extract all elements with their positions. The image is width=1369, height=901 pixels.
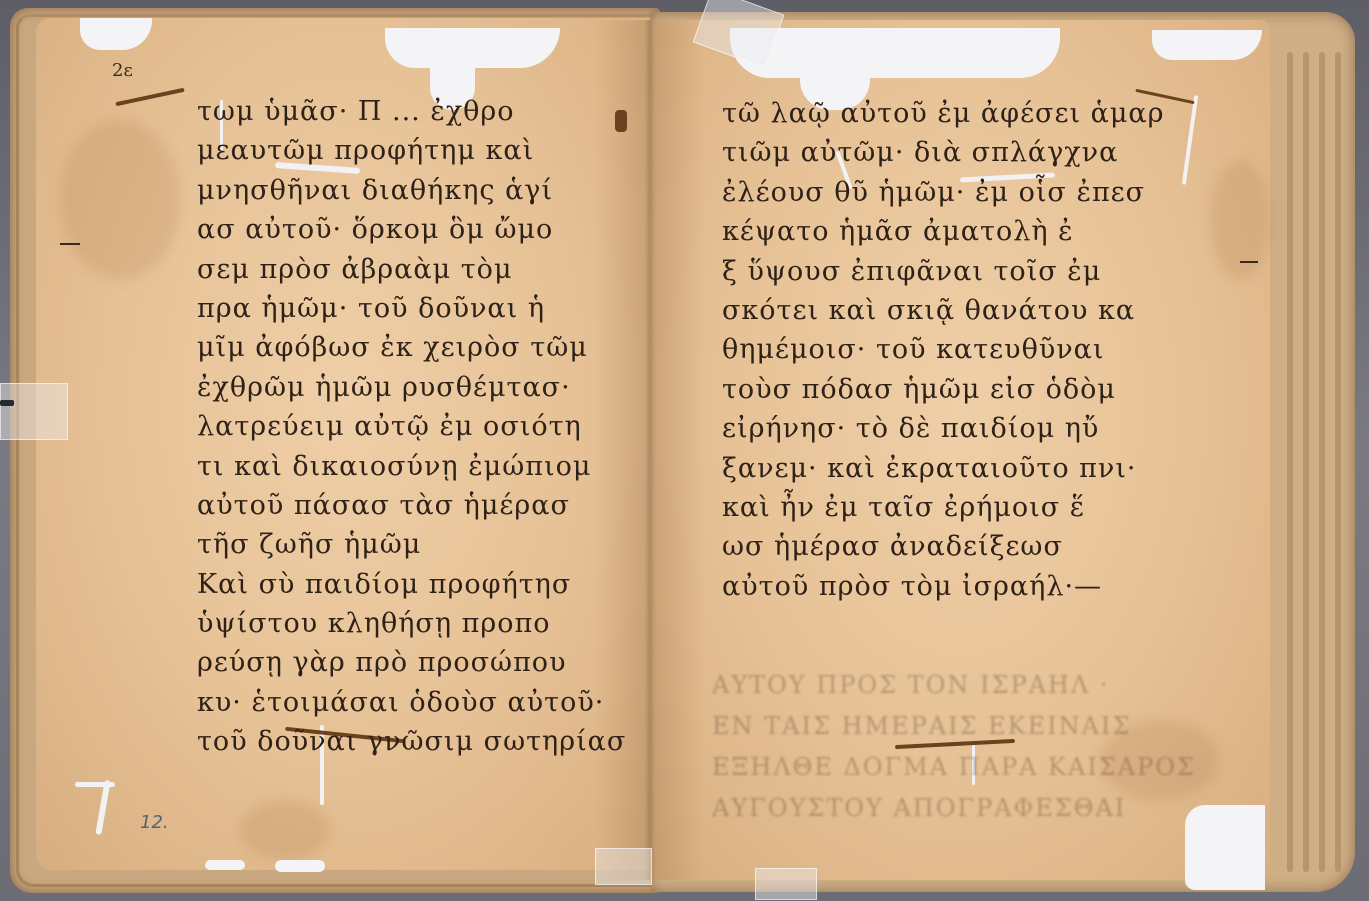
text-line: κέψατο ἡμᾶσ ἀματολὴ ἐ (722, 212, 1165, 251)
text-line: τωμ ὑμᾶσ· Π ... ἐχθρο (197, 92, 626, 131)
page-edge (1335, 52, 1341, 872)
right-page-text: τῶ λαῷ αὐτοῦ ἐμ ἀφέσει ἁμαρ τιῶμ αὐτῶμ· … (722, 94, 1165, 606)
text-line: ὑψίστου κληθήσῃ προπο (197, 604, 626, 643)
crack (75, 782, 115, 787)
text-line: ρεύσῃ γὰρ πρὸ προσώπου (197, 643, 626, 682)
show-through-text: ΑΥΤΟΥ ΠΡΟΣ ΤΟΝ ΙΣΡΑΗΛ · ΕΝ ΤΑΙΣ ΗΜΕΡΑΙΣ … (712, 665, 1196, 829)
text-line: μεαυτῶμ προφήτημ καὶ (197, 131, 626, 170)
text-line: καὶ ἦν ἐμ ταῖσ ἐρήμοισ ἕ (722, 488, 1165, 527)
text-line: τῆσ ζωῆσ ἡμῶμ (197, 525, 626, 564)
text-line: μνησθῆναι διαθήκης ἁγί (197, 171, 626, 210)
text-line: ωσ ἡμέρασ ἀναδείξεωσ (722, 527, 1165, 566)
repair-hole (205, 860, 245, 870)
page-edge (1319, 52, 1325, 872)
repair-hole (1185, 805, 1265, 890)
text-line: λατρεύειμ αὐτῷ ἐμ οσιότη (197, 407, 626, 446)
stain (60, 120, 180, 280)
text-line: Καὶ σὺ παιδίομ προφήτησ (197, 565, 626, 604)
text-line: τῶ λαῷ αὐτοῦ ἐμ ἀφέσει ἁμαρ (722, 94, 1165, 133)
text-line: μῖμ ἀφόβωσ ἐκ χειρὸσ τῶμ (197, 328, 626, 367)
page-edge (1303, 52, 1309, 872)
repair-hole (275, 860, 325, 872)
conservation-tape (755, 868, 817, 900)
text-line: εἰρήνησ· τὸ δὲ παιδίομ ηὔ (722, 409, 1165, 448)
text-line: κυ· ἑτοιμάσαι ὁδοὺσ αὐτοῦ· (197, 683, 626, 722)
stain (240, 800, 330, 860)
text-line: αὐτοῦ πάσασ τὰσ ἡμέρασ (197, 486, 626, 525)
text-line: ξ ὕψουσ ἐπιφᾶναι τοῖσ ἐμ (722, 252, 1165, 291)
text-line: σκότει καὶ σκιᾷ θανάτου κα (722, 291, 1165, 330)
clip (0, 400, 14, 406)
text-line: τιῶμ αὐτῶμ· διὰ σπλάγχνα (722, 133, 1165, 172)
margin-mark (60, 243, 80, 245)
text-line: τι καὶ δικαιοσύνῃ ἐμώπιομ (197, 447, 626, 486)
conservation-tape (595, 848, 652, 885)
left-page-text: τωμ ὑμᾶσ· Π ... ἐχθρο μεαυτῶμ προφήτημ κ… (197, 92, 626, 762)
text-line: πρα ἡμῶμ· τοῦ δοῦναι ἡ (197, 289, 626, 328)
text-line: θημέμοισ· τοῦ κατευθῦναι (722, 330, 1165, 369)
folio-number: 2ε (112, 60, 133, 81)
text-line: τοὺσ πόδασ ἡμῶμ εἰσ ὁδὸμ (722, 370, 1165, 409)
conservation-tape (0, 383, 68, 440)
repair-hole (1152, 30, 1262, 60)
pencil-annotation: 12. (140, 812, 169, 833)
ghost-line: ΕΞΗΛΘΕ ΔΟΓΜΑ ΠΑΡΑ ΚΑΙΣΑΡΟΣ (712, 747, 1196, 788)
text-line: τοῦ δοῦναι γνῶσιμ σωτηρίασ (197, 722, 626, 761)
text-line: ἐλέουσ θῦ ἡμῶμ· ἐμ οἷσ ἐπεσ (722, 173, 1165, 212)
text-line: ασ αὐτοῦ· ὅρκομ ὃμ ὤμο (197, 210, 626, 249)
margin-mark (1240, 261, 1258, 263)
repair-hole (730, 28, 1060, 78)
text-line: σεμ πρὸσ ἀβραὰμ τὸμ (197, 250, 626, 289)
text-line: αὐτοῦ πρὸσ τὸμ ἰσραήλ·— (722, 567, 1165, 606)
ghost-line: ΕΝ ΤΑΙΣ ΗΜΕΡΑΙΣ ΕΚΕΙΝΑΙΣ (712, 706, 1196, 747)
text-line: ἐχθρῶμ ἡμῶμ ρυσθέμτασ· (197, 368, 626, 407)
ghost-line: ΑΥΤΟΥ ΠΡΟΣ ΤΟΝ ΙΣΡΑΗΛ · (712, 665, 1196, 706)
page-edge (1287, 52, 1293, 872)
text-line: ξανεμ· καὶ ἐκραταιοῦτο πνι· (722, 449, 1165, 488)
ghost-line: ΑΥΓΟΥΣΤΟΥ ΑΠΟΓΡΑΦΕΣΘΑΙ (712, 788, 1196, 829)
